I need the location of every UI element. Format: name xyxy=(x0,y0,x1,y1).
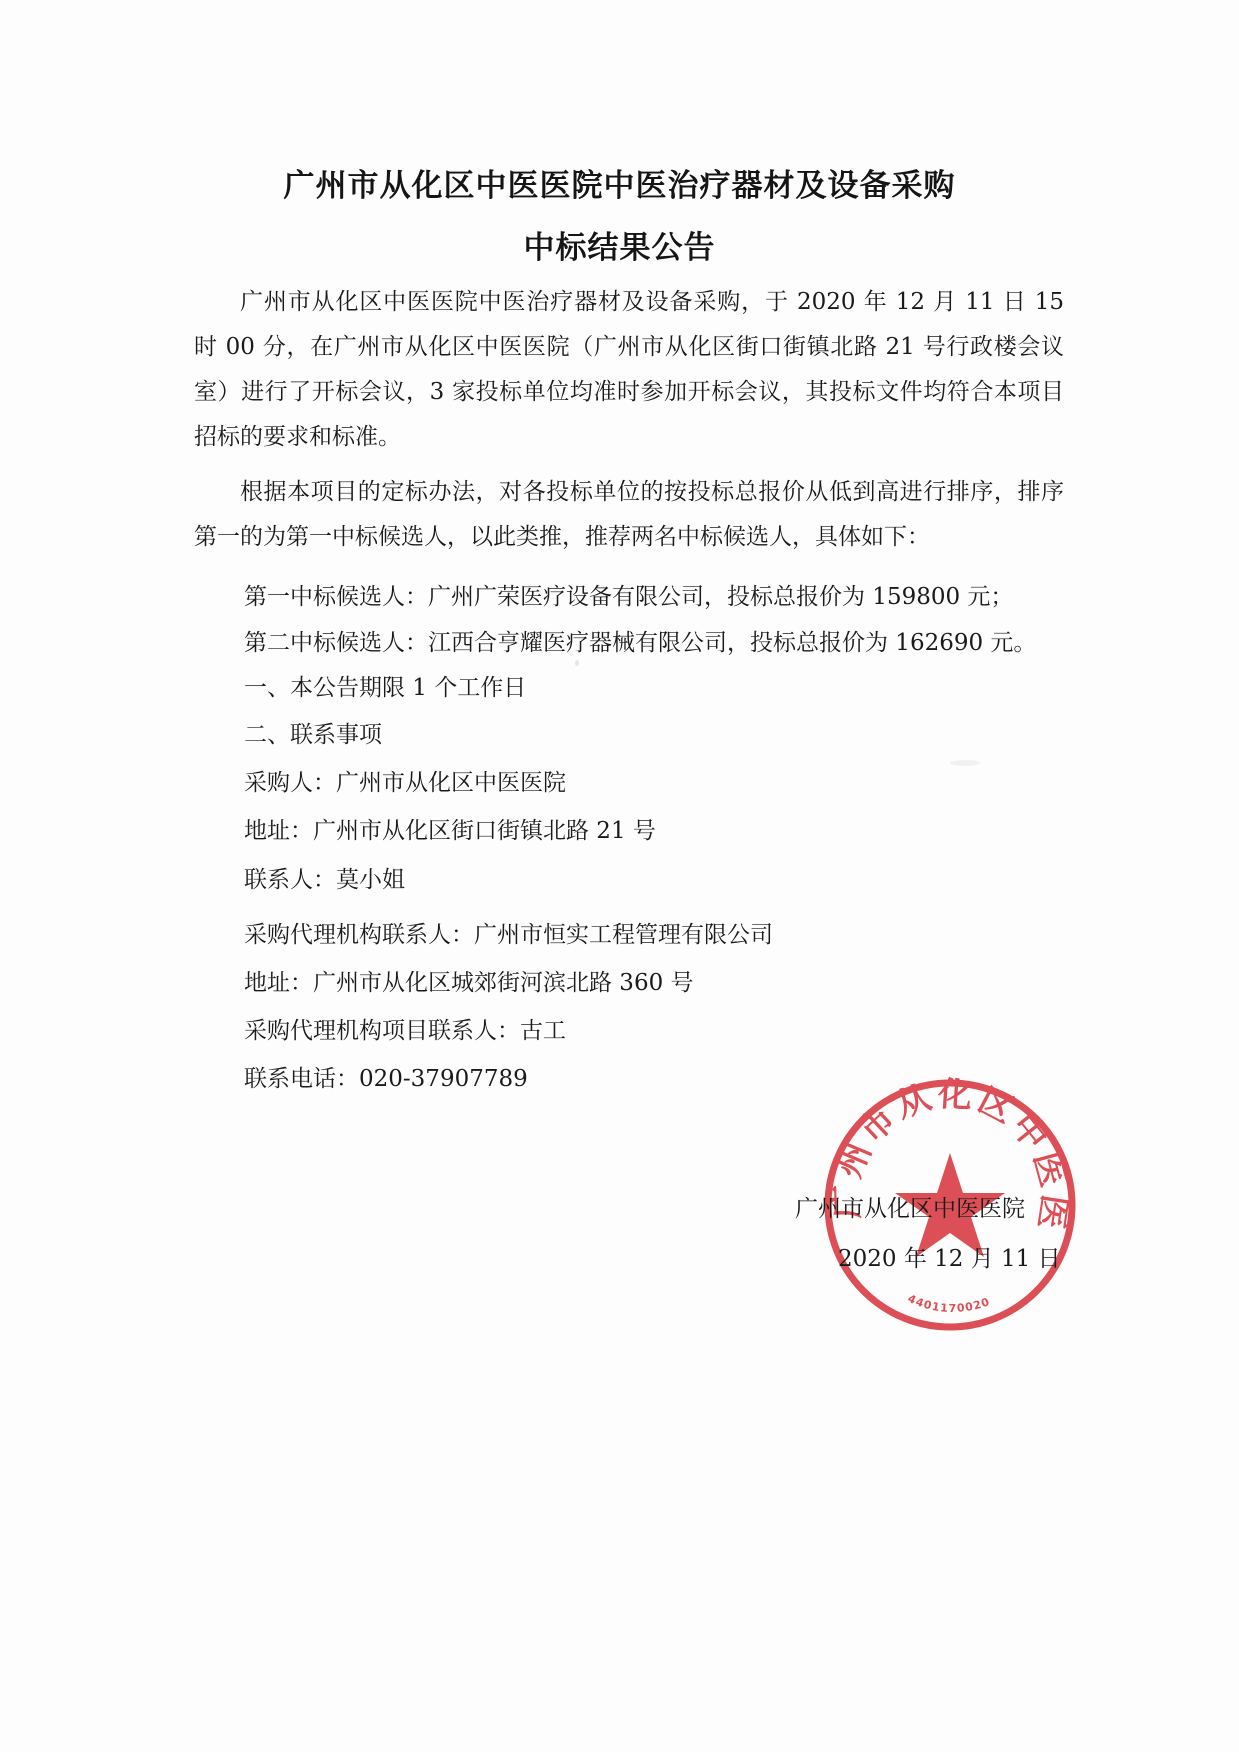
purchaser-address: 地址：广州市从化区街口街镇北路 21 号 xyxy=(244,816,656,846)
signature-date: 2020 年 12 月 11 日 xyxy=(838,1240,1061,1273)
svg-text:4401170020: 4401170020 xyxy=(906,1292,992,1315)
document-title: 广州市从化区中医医院中医治疗器材及设备采购 xyxy=(0,160,1239,205)
document-subtitle: 中标结果公告 xyxy=(0,222,1239,267)
candidate-second: 第二中标候选人：江西合亨耀医疗器械有限公司，投标总报价为 162690 元。 xyxy=(244,628,1036,658)
purchaser-contact: 联系人：莫小姐 xyxy=(244,865,405,895)
scan-speck xyxy=(950,760,980,766)
purchaser: 采购人：广州市从化区中医医院 xyxy=(244,768,566,798)
notice-period: 一、本公告期限 1 个工作日 xyxy=(244,673,526,703)
contact-phone: 联系电话：020-37907789 xyxy=(244,1064,528,1094)
agency-name: 采购代理机构联系人：广州市恒实工程管理有限公司 xyxy=(244,920,773,950)
candidate-first: 第一中标候选人：广州广荣医疗设备有限公司，投标总报价为 159800 元； xyxy=(244,582,1013,612)
paragraph-ranking-method: 根据本项目的定标办法，对各投标单位的按投标总报价从低到高进行排序，排序第一的为第… xyxy=(194,470,1064,560)
contact-section-heading: 二、联系事项 xyxy=(244,720,382,750)
agency-contact: 采购代理机构项目联系人：古工 xyxy=(244,1016,566,1046)
agency-address: 地址：广州市从化区城郊街河滨北路 360 号 xyxy=(244,968,694,998)
paragraph-opening-meeting: 广州市从化区中医医院中医治疗器材及设备采购，于 2020 年 12 月 11 日… xyxy=(194,280,1064,460)
document-page: 广州市从化区中医医院中医治疗器材及设备采购 中标结果公告 广州市从化区中医医院中… xyxy=(0,0,1239,1752)
signature-organization: 广州市从化区中医医院 xyxy=(795,1190,1025,1223)
scan-speck xyxy=(575,660,579,666)
